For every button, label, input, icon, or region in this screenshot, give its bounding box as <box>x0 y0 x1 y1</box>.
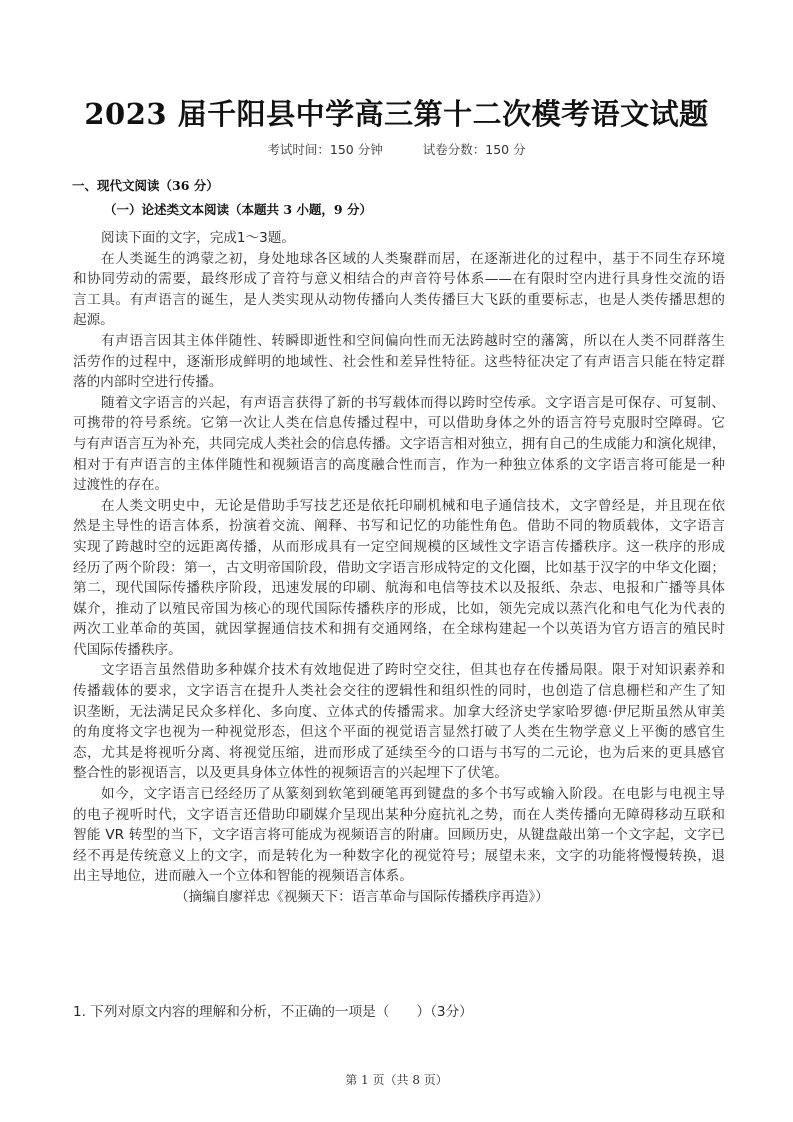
exam-title: 2023 届千阳县中学高三第十二次模考语文试题 <box>0 92 793 133</box>
paragraph-line: 第二，现代国际传播秩序阶段，迅速发展的印刷、航海和电信等技术以及报纸、杂志、电报… <box>73 578 725 599</box>
page-footer: 第 1 页（共 8 页） <box>0 1071 793 1088</box>
paragraph-line: 可携带的符号系统。它第一次让人类在信息传播过程中，可以借助身体之外的语言符号克服… <box>73 413 725 434</box>
paragraph-line: 在人类文明史中，无论是借助手写技艺还是依托印刷机械和电子通信技术，文字曾经是，并… <box>73 496 725 517</box>
paragraph-line: 媒介，推动了以殖民帝国为核心的现代国际传播秩序的形成，比如，领先完成以蒸汽化和电… <box>73 599 725 620</box>
paragraph: 随着文字语言的兴起，有声语言获得了新的书写载体而得以跨时空传承。文字语言是可保存… <box>73 393 725 496</box>
paragraph-line: 传播载体的要求，文字语言在提升人类社会交往的逻辑性和组织性的同时，也创造了信息栅… <box>73 681 725 702</box>
paragraph-line: 整合性的影视语言，以及更具身体立体性的视频语言的兴起埋下了伏笔。 <box>73 763 725 784</box>
exam-score: 试卷分数：150 分 <box>423 140 526 158</box>
paragraph-line: 在人类诞生的鸿蒙之初，身处地球各区域的人类聚群而居，在逐渐进化的过程中，基于不同… <box>73 249 725 270</box>
subsection-heading: （一）论述类文本阅读（本题共 3 小题，9 分） <box>104 200 372 218</box>
paragraph-line: 经不再是传统意义上的文字，而是转化为一种数字化的视觉符号；展望未来，文字的功能将… <box>73 846 725 867</box>
section-heading: 一、现代文阅读（36 分） <box>72 176 219 194</box>
reading-passage: 阅读下面的文字，完成1～3题。 在人类诞生的鸿蒙之初，身处地球各区域的人类聚群而… <box>73 228 725 908</box>
paragraph: 在人类诞生的鸿蒙之初，身处地球各区域的人类聚群而居，在逐渐进化的过程中，基于不同… <box>73 249 725 331</box>
question-1: 1. 下列对原文内容的理解和分析，不正确的一项是（ ）（3分） <box>73 1000 473 1020</box>
paragraph-line: 与有声语言互为补充，共同完成人类社会的信息传播。文字语言相对独立，拥有自己的生成… <box>73 434 725 455</box>
paragraph-line: 的电子视听时代，文字语言还借助印刷媒介呈现出某种分庭抗礼之势，而在人类传播向无障… <box>73 805 725 826</box>
paragraph-line: 实现了跨越时空的远距离传播，从而形成具有一定空间规模的区域性文字语言传播秩序。这… <box>73 537 725 558</box>
paragraph-line: 智能 VR 转型的当下，文字语言将可能成为视频语言的附庸。回顾历史，从键盘敲出第… <box>73 825 725 846</box>
paragraph-line: 言工具。有声语言的诞生，是人类实现从动物传播向人类传播巨大飞跃的重要标志，也是人… <box>73 290 725 311</box>
paragraph: 文字语言虽然借助多种媒介技术有效地促进了跨时空交往，但其也存在传播局限。限于对知… <box>73 660 725 784</box>
instruction: 阅读下面的文字，完成1～3题。 <box>73 228 725 249</box>
paragraph-line: 然是主导性的语言体系，扮演着交流、阐释、书写和记忆的功能性角色。借助不同的物质载… <box>73 516 725 537</box>
paragraph-line: 文字语言虽然借助多种媒介技术有效地促进了跨时空交往，但其也存在传播局限。限于对知… <box>73 660 725 681</box>
paragraph: 有声语言因其主体伴随性、转瞬即逝性和空间偏向性而无法跨越时空的藩篱，所以在人类不… <box>73 331 725 393</box>
paragraph-line: 落的内部时空进行传播。 <box>73 372 725 393</box>
paragraph-line: 过渡性的存在。 <box>73 475 725 496</box>
paragraph-line: 的角度将文字也视为一种视觉形态，但这个平面的视觉语言显然打破了人类在生物学意义上… <box>73 722 725 743</box>
exam-time: 考试时间：150 分钟 <box>267 140 382 158</box>
paragraph-line: 态，尤其是将视听分离、将视觉压缩，进而形成了延续至今的口语与书写的二元论，也为后… <box>73 743 725 764</box>
paragraph-line: 有声语言因其主体伴随性、转瞬即逝性和空间偏向性而无法跨越时空的藩篱，所以在人类不… <box>73 331 725 352</box>
paragraph-line: 经历了两个阶段：第一，古文明帝国阶段，借助文字语言形成特定的文化圈，比如基于汉字… <box>73 558 725 579</box>
paragraph-line: 代国际传播秩序。 <box>73 640 725 661</box>
paragraph-line: 相对于有声语言的主体伴随性和视频语言的高度融合性而言，作为一种独立体系的文字语言… <box>73 455 725 476</box>
source-citation: （摘编自廖祥忠《视频天下：语言革命与国际传播秩序再造》） <box>73 887 725 908</box>
paragraph-line: 起源。 <box>73 310 725 331</box>
paragraph-line: 两次工业革命的英国，就因掌握通信技术和拥有交通网络，在全球构建起一个以英语为官方… <box>73 619 725 640</box>
paragraph-line: 随着文字语言的兴起，有声语言获得了新的书写载体而得以跨时空传承。文字语言是可保存… <box>73 393 725 414</box>
exam-info: 考试时间：150 分钟试卷分数：150 分 <box>0 140 793 158</box>
paragraph: 如今，文字语言已经经历了从篆刻到软笔到硬笔再到键盘的多个书写或输入阶段。在电影与… <box>73 784 725 887</box>
paragraph-line: 活劳作的过程中，逐渐形成鲜明的地域性、社会性和差异性特征。这些特征决定了有声语言… <box>73 352 725 373</box>
paragraph: 在人类文明史中，无论是借助手写技艺还是依托印刷机械和电子通信技术，文字曾经是，并… <box>73 496 725 661</box>
paragraph-line: 出主导地位，进而融入一个立体和智能的视频语言体系。 <box>73 866 725 887</box>
paragraph-line: 识垄断，无法满足民众多样化、多向度、立体式的传播需求。加拿大经济史学家哈罗德·伊… <box>73 702 725 723</box>
paragraph-line: 如今，文字语言已经经历了从篆刻到软笔到硬笔再到键盘的多个书写或输入阶段。在电影与… <box>73 784 725 805</box>
paragraph-line: 和协同劳动的需要，最终形成了音符与意义相结合的声音符号体系——在有限时空内进行具… <box>73 269 725 290</box>
